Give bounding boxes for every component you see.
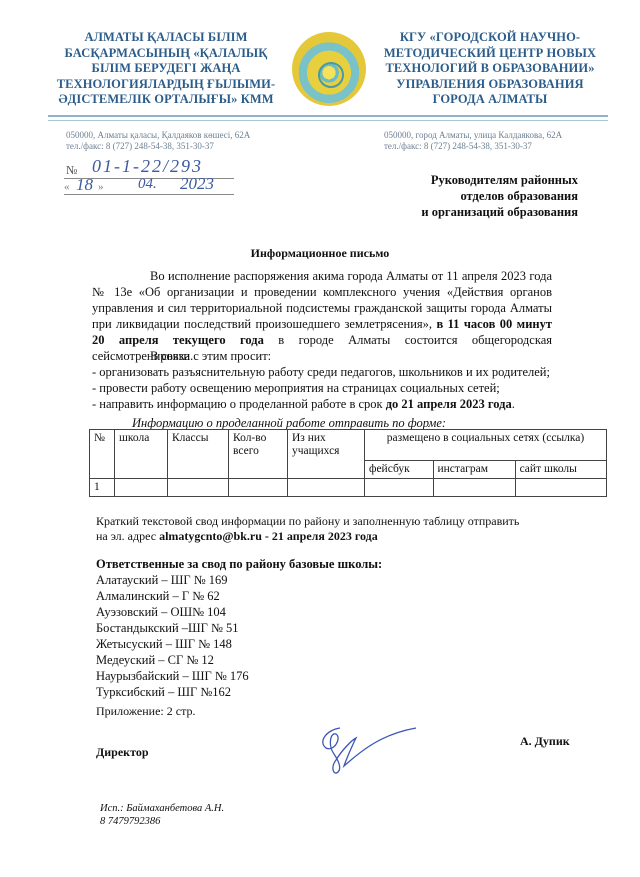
reg-day: 18 — [76, 175, 93, 195]
handwritten-signature-icon — [312, 720, 422, 780]
request-deadline: до 21 апреля 2023 года — [386, 397, 512, 411]
right-org-line: ТЕХНОЛОГИЙ В ОБРАЗОВАНИИ» — [372, 61, 608, 77]
emblem-center-icon — [318, 62, 344, 88]
list-item: Медеуский – СГ № 12 — [96, 652, 382, 668]
col-header-facebook: фейсбук — [365, 461, 434, 479]
summary-prefix: на эл. адрес — [96, 529, 159, 543]
summary-block: Краткий текстовой свод информации по рай… — [96, 514, 519, 544]
request-text: - направить информацию о проделанной раб… — [92, 397, 386, 411]
right-address: 050000, город Алматы, улица Калдаякова, … — [384, 130, 562, 152]
request-intro: В связи с этим просит: — [92, 348, 562, 364]
attachment-note: Приложение: 2 стр. — [96, 704, 195, 719]
header-divider-thin — [48, 120, 608, 121]
left-org-line: АЛМАТЫ ҚАЛАСЫ БІЛІМ — [40, 30, 292, 46]
signatory-position: Директор — [96, 745, 149, 760]
address-line: 050000, Алматы қаласы, Қалдаяков көшесі,… — [66, 130, 250, 141]
table-cell — [515, 479, 606, 497]
col-header-total: Кол-во всего — [229, 430, 288, 479]
table-cell — [365, 479, 434, 497]
table-cell — [115, 479, 168, 497]
left-org-line: БІЛІМ БЕРУДЕГІ ЖАҢА — [40, 61, 292, 77]
col-header-number: № — [90, 430, 115, 479]
col-header-school: школа — [115, 430, 168, 479]
request-end: . — [512, 397, 515, 411]
reg-year: 2023 — [180, 174, 214, 194]
left-org-line: ӘДІСТЕМЕЛІК ОРТАЛЫҒЫ» КММ — [40, 92, 292, 108]
responsible-schools: Ответственные за свод по району базовые … — [96, 556, 382, 700]
col-header-school-site: сайт школы — [515, 461, 606, 479]
address-line: 050000, город Алматы, улица Калдаякова, … — [384, 130, 562, 141]
col-header-students: Из них учащихся — [288, 430, 365, 479]
request-item: - организовать разъяснительную работу ср… — [92, 364, 562, 380]
recipient-line: отделов образования — [338, 188, 578, 204]
summary-line: Краткий текстовой свод информации по рай… — [96, 514, 519, 529]
summary-line: на эл. адрес almatygcnto@bk.ru - 21 апре… — [96, 529, 519, 544]
date-close-quote: » — [98, 181, 104, 193]
executor-phone: 8 7479792386 — [100, 815, 224, 828]
header-divider — [48, 115, 608, 117]
table-cell — [229, 479, 288, 497]
col-header-classes: Классы — [168, 430, 229, 479]
summary-email-deadline: almatygcnto@bk.ru - 21 апреля 2023 года — [159, 529, 378, 543]
recipient-line: и организаций образования — [338, 204, 578, 220]
left-address: 050000, Алматы қаласы, Қалдаяков көшесі,… — [66, 130, 250, 152]
recipient-line: Руководителям районных — [338, 172, 578, 188]
recipient-block: Руководителям районных отделов образован… — [338, 172, 578, 220]
list-item: Алатауский – ШГ № 169 — [96, 572, 382, 588]
requests-block: В связи с этим просит: - организовать ра… — [92, 348, 562, 412]
right-org-line: КГУ «ГОРОДСКОЙ НАУЧНО- — [372, 30, 608, 46]
right-org-header: КГУ «ГОРОДСКОЙ НАУЧНО- МЕТОДИЧЕСКИЙ ЦЕНТ… — [372, 30, 608, 108]
left-org-line: ТЕХНОЛОГИЯЛАРДЫҢ ҒЫЛЫМИ- — [40, 77, 292, 93]
col-header-instagram: инстаграм — [433, 461, 515, 479]
list-item: Ауэзовский – ОШ№ 104 — [96, 604, 382, 620]
table-header-row: № школа Классы Кол-во всего Из них учащи… — [90, 430, 607, 461]
list-item: Наурызбайский – ШГ № 176 — [96, 668, 382, 684]
request-item: - направить информацию о проделанной раб… — [92, 396, 562, 412]
left-org-line: БАСҚАРМАСЫНЫҢ «ҚАЛАЛЫҚ — [40, 46, 292, 62]
executor-block: Исп.: Баймаханбетова А.Н. 8 7479792386 — [100, 802, 224, 828]
list-item: Жетысуский – ШГ № 148 — [96, 636, 382, 652]
reg-date-underline — [64, 194, 234, 195]
col-header-social: размещено в социальных сетях (ссылка) — [365, 430, 607, 461]
left-org-header: АЛМАТЫ ҚАЛАСЫ БІЛІМ БАСҚАРМАСЫНЫҢ «ҚАЛАЛ… — [40, 30, 292, 108]
executor-name: Исп.: Баймаханбетова А.Н. — [100, 802, 224, 815]
letter-title: Информационное письмо — [0, 246, 640, 261]
right-org-line: ГОРОДА АЛМАТЫ — [372, 92, 608, 108]
right-org-line: МЕТОДИЧЕСКИЙ ЦЕНТР НОВЫХ — [372, 46, 608, 62]
report-form-table: № школа Классы Кол-во всего Из них учащи… — [89, 429, 607, 497]
table-cell — [288, 479, 365, 497]
responsible-title: Ответственные за свод по району базовые … — [96, 556, 382, 572]
list-item: Алмалинский – Г № 62 — [96, 588, 382, 604]
table-row: 1 — [90, 479, 607, 497]
table-cell — [168, 479, 229, 497]
table-cell: 1 — [90, 479, 115, 497]
phone-line: тел./факс: 8 (727) 248-54-38, 351-30-37 — [384, 141, 562, 152]
list-item: Бостандыкский –ШГ № 51 — [96, 620, 382, 636]
request-item: - провести работу освещению мероприятия … — [92, 380, 562, 396]
right-org-line: УПРАВЛЕНИЯ ОБРАЗОВАНИЯ — [372, 77, 608, 93]
table-cell — [433, 479, 515, 497]
list-item: Турксибский – ШГ №162 — [96, 684, 382, 700]
phone-line: тел./факс: 8 (727) 248-54-38, 351-30-37 — [66, 141, 250, 152]
signatory-name: А. Дупик — [520, 734, 570, 749]
date-open-quote: « — [64, 181, 70, 193]
reg-month: 04. — [138, 176, 157, 193]
